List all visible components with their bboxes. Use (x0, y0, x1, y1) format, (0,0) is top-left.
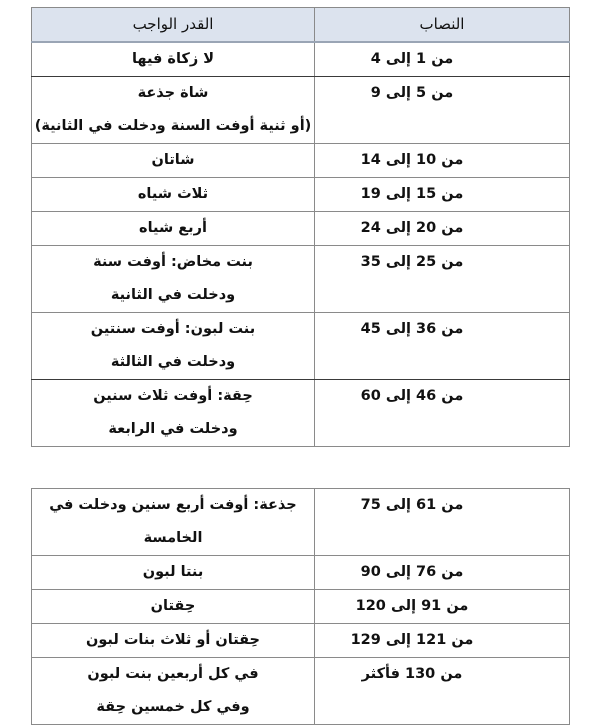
zakat-camels-table-1: النصاب القدر الواجب من 1 إلى 4 لا زكاة ف… (31, 7, 570, 447)
table-row: من 25 إلى 35 بنت مخاض: أوفت سنة ودخلت في… (32, 246, 570, 313)
table-row: من 1 إلى 4 لا زكاة فيها (32, 42, 570, 77)
nisab-cell: من 36 إلى 45 (315, 313, 570, 380)
table-row: من 121 إلى 129 حِقتان أو ثلاث بنات لبون (32, 624, 570, 658)
table-row: من 20 إلى 24 أربع شياه (32, 212, 570, 246)
nisab-cell: من 61 إلى 75 (315, 489, 570, 556)
table-header-row: النصاب القدر الواجب (32, 8, 570, 43)
amount-due-line: حِقتان (32, 590, 314, 623)
table-row: من 10 إلى 14 شاتان (32, 144, 570, 178)
table-row: من 91 إلى 120 حِقتان (32, 590, 570, 624)
amount-due-line: ودخلت في الثالثة (32, 346, 314, 379)
amount-due-cell: جذعة: أوفت أربع سنين ودخلت في الخامسة (32, 489, 315, 556)
amount-due-line: حِقة: أوفت ثلاث سنين (32, 380, 314, 413)
amount-due-line: الخامسة (32, 522, 314, 555)
amount-due-cell: حِقتان أو ثلاث بنات لبون (32, 624, 315, 658)
table-row: من 36 إلى 45 بنت لبون: أوفت سنتين ودخلت … (32, 313, 570, 380)
amount-due-line: شاتان (32, 144, 314, 177)
nisab-cell: من 130 فأكثر (315, 658, 570, 725)
amount-due-cell: بنت لبون: أوفت سنتين ودخلت في الثالثة (32, 313, 315, 380)
nisab-cell: من 15 إلى 19 (315, 178, 570, 212)
amount-due-line: جذعة: أوفت أربع سنين ودخلت في (32, 489, 314, 522)
amount-due-cell: ثلاث شياه (32, 178, 315, 212)
amount-due-cell: شاتان (32, 144, 315, 178)
amount-due-line: بنتا لبون (32, 556, 314, 589)
nisab-cell: من 46 إلى 60 (315, 380, 570, 447)
nisab-cell: من 1 إلى 4 (315, 42, 570, 77)
amount-due-cell: بنت مخاض: أوفت سنة ودخلت في الثانية (32, 246, 315, 313)
amount-due-line: شاة جذعة (32, 77, 314, 110)
nisab-cell: من 91 إلى 120 (315, 590, 570, 624)
amount-due-line: في كل أربعين بنت لبون (32, 658, 314, 691)
table-row: من 130 فأكثر في كل أربعين بنت لبون وفي ك… (32, 658, 570, 725)
amount-due-cell: شاة جذعة (أو ثنية أوفت السنة ودخلت في ال… (32, 77, 315, 144)
header-nisab: النصاب (315, 8, 570, 43)
amount-due-line: بنت لبون: أوفت سنتين (32, 313, 314, 346)
amount-due-line: حِقتان أو ثلاث بنات لبون (32, 624, 314, 657)
amount-due-line: (أو ثنية أوفت السنة ودخلت في الثانية) (32, 110, 314, 143)
table-row: من 46 إلى 60 حِقة: أوفت ثلاث سنين ودخلت … (32, 380, 570, 447)
amount-due-cell: حِقة: أوفت ثلاث سنين ودخلت في الرابعة (32, 380, 315, 447)
table-row: من 5 إلى 9 شاة جذعة (أو ثنية أوفت السنة … (32, 77, 570, 144)
table-row: من 61 إلى 75 جذعة: أوفت أربع سنين ودخلت … (32, 489, 570, 556)
amount-due-cell: أربع شياه (32, 212, 315, 246)
amount-due-line: ودخلت في الرابعة (32, 413, 314, 446)
amount-due-line: ثلاث شياه (32, 178, 314, 211)
table-row: من 15 إلى 19 ثلاث شياه (32, 178, 570, 212)
amount-due-cell: بنتا لبون (32, 556, 315, 590)
header-amount-due: القدر الواجب (32, 8, 315, 43)
amount-due-cell: في كل أربعين بنت لبون وفي كل خمسين حِقة (32, 658, 315, 725)
nisab-cell: من 10 إلى 14 (315, 144, 570, 178)
nisab-cell: من 76 إلى 90 (315, 556, 570, 590)
table-row: من 76 إلى 90 بنتا لبون (32, 556, 570, 590)
nisab-cell: من 20 إلى 24 (315, 212, 570, 246)
amount-due-line: لا زكاة فيها (32, 43, 314, 76)
nisab-cell: من 121 إلى 129 (315, 624, 570, 658)
zakat-camels-table-2: من 61 إلى 75 جذعة: أوفت أربع سنين ودخلت … (31, 488, 570, 725)
nisab-cell: من 25 إلى 35 (315, 246, 570, 313)
nisab-cell: من 5 إلى 9 (315, 77, 570, 144)
amount-due-cell: لا زكاة فيها (32, 42, 315, 77)
amount-due-line: وفي كل خمسين حِقة (32, 691, 314, 724)
amount-due-line: أربع شياه (32, 212, 314, 245)
amount-due-cell: حِقتان (32, 590, 315, 624)
amount-due-line: ودخلت في الثانية (32, 279, 314, 312)
amount-due-line: بنت مخاض: أوفت سنة (32, 246, 314, 279)
